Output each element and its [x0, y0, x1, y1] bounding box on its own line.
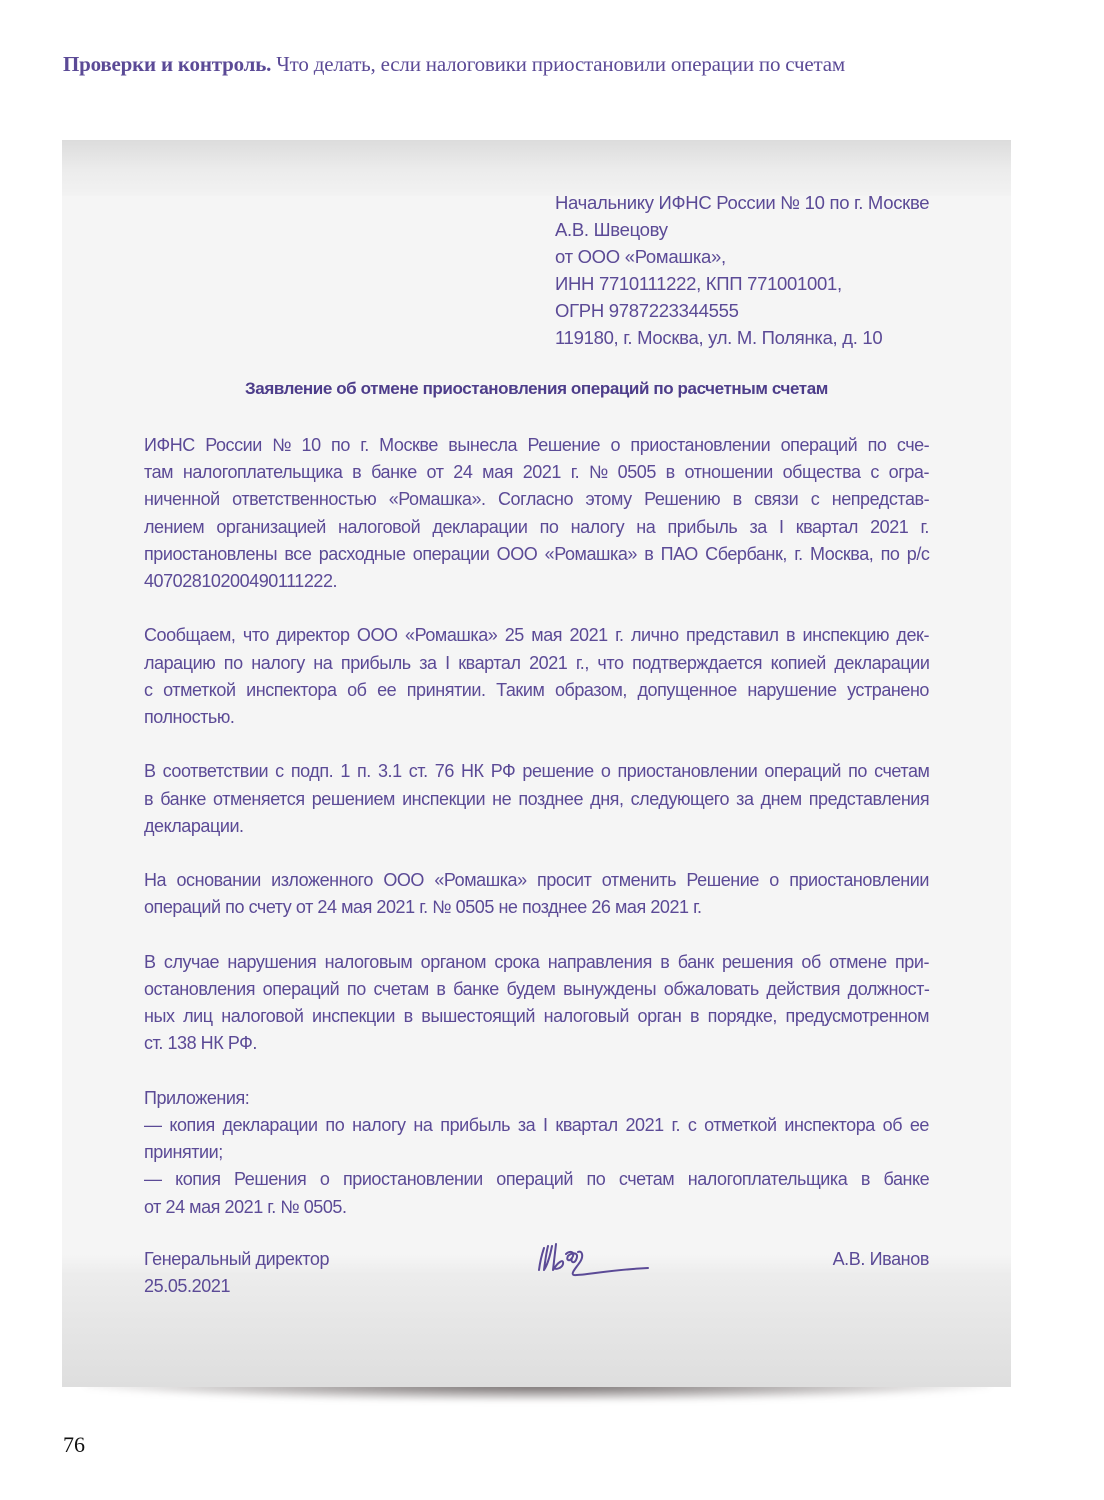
- paragraph-line: 40702810200490111222.: [144, 568, 929, 595]
- paragraph-line: ных лиц налоговой инспекции в вышестоящи…: [144, 1003, 929, 1030]
- paragraph-decision: ИФНС России № 10 по г. Москве вынесла Ре…: [144, 432, 929, 595]
- attachments-section: Приложения: — копия декларации по налогу…: [144, 1085, 929, 1221]
- paragraph-line: В соответствии с подп. 1 п. 3.1 ст. 76 Н…: [144, 758, 929, 785]
- paragraph-line: Сообщаем, что директор ООО «Ромашка» 25 …: [144, 622, 929, 649]
- paragraph-warning: В случае нарушения налоговым органом сро…: [144, 949, 929, 1058]
- addressee-line: Начальнику ИФНС России № 10 по г. Москве: [555, 189, 935, 216]
- addressee-line: ОГРН 9787223344555: [555, 297, 935, 324]
- signatory-block: Генеральный директор 25.05.2021: [144, 1246, 329, 1300]
- addressee-line: от ООО «Ромашка»,: [555, 243, 935, 270]
- paragraph-line: в банке отменяется решением инспекции не…: [144, 786, 929, 813]
- running-head-title: Что делать, если налоговики приостановил…: [276, 52, 845, 76]
- attachment-line: от 24 мая 2021 г. № 0505.: [144, 1194, 929, 1221]
- paragraph-line: лением организацией налоговой декларации…: [144, 514, 929, 541]
- paragraph-line: операций по счету от 24 мая 2021 г. № 05…: [144, 894, 929, 921]
- paragraph-line: В случае нарушения налоговым органом сро…: [144, 949, 929, 976]
- attachments-heading: Приложения:: [144, 1085, 929, 1112]
- paragraph-line: ларацию по налогу на прибыль за I кварта…: [144, 650, 929, 677]
- page-number: 76: [63, 1432, 85, 1458]
- paragraph-line: ниченной ответственностью «Ромашка». Сог…: [144, 486, 929, 513]
- running-head: Проверки и контроль. Что делать, если на…: [63, 52, 845, 77]
- attachment-line: — копия декларации по налогу на прибыль …: [144, 1112, 929, 1139]
- signatory-name: А.В. Иванов: [833, 1246, 929, 1273]
- paragraph-line: полностью.: [144, 704, 929, 731]
- document-body: ИФНС России № 10 по г. Москве вынесла Ре…: [144, 432, 929, 1248]
- paragraph-line: декларации.: [144, 813, 929, 840]
- addressee-block: Начальнику ИФНС России № 10 по г. Москве…: [555, 189, 935, 351]
- paragraph-line: остановления операций по счетам в банке …: [144, 976, 929, 1003]
- addressee-line: А.В. Швецову: [555, 216, 935, 243]
- signatory-position: Генеральный директор: [144, 1246, 329, 1273]
- handwritten-signature-icon: [536, 1240, 656, 1280]
- paragraph-line: На основании изложенного ООО «Ромашка» п…: [144, 867, 929, 894]
- paragraph-line: ИФНС России № 10 по г. Москве вынесла Ре…: [144, 432, 929, 459]
- running-head-section: Проверки и контроль.: [63, 52, 271, 76]
- paragraph-declaration: Сообщаем, что директор ООО «Ромашка» 25 …: [144, 622, 929, 731]
- paragraph-line: приостановлены все расходные операции ОО…: [144, 541, 929, 568]
- document-title: Заявление об отмене приостановления опер…: [144, 379, 929, 399]
- paragraph-request: На основании изложенного ООО «Ромашка» п…: [144, 867, 929, 921]
- attachment-line: принятии;: [144, 1139, 929, 1166]
- addressee-line: ИНН 7710111222, КПП 771001001,: [555, 270, 935, 297]
- addressee-line: 119180, г. Москва, ул. М. Полянка, д. 10: [555, 324, 935, 351]
- paragraph-line: там налогоплательщика в банке от 24 мая …: [144, 459, 929, 486]
- signature-date: 25.05.2021: [144, 1273, 329, 1300]
- attachment-line: — копия Решения о приостановлении операц…: [144, 1166, 929, 1193]
- paragraph-legal-basis: В соответствии с подп. 1 п. 3.1 ст. 76 Н…: [144, 758, 929, 840]
- paragraph-line: с отметкой инспектора об ее принятии. Та…: [144, 677, 929, 704]
- paragraph-line: ст. 138 НК РФ.: [144, 1030, 929, 1057]
